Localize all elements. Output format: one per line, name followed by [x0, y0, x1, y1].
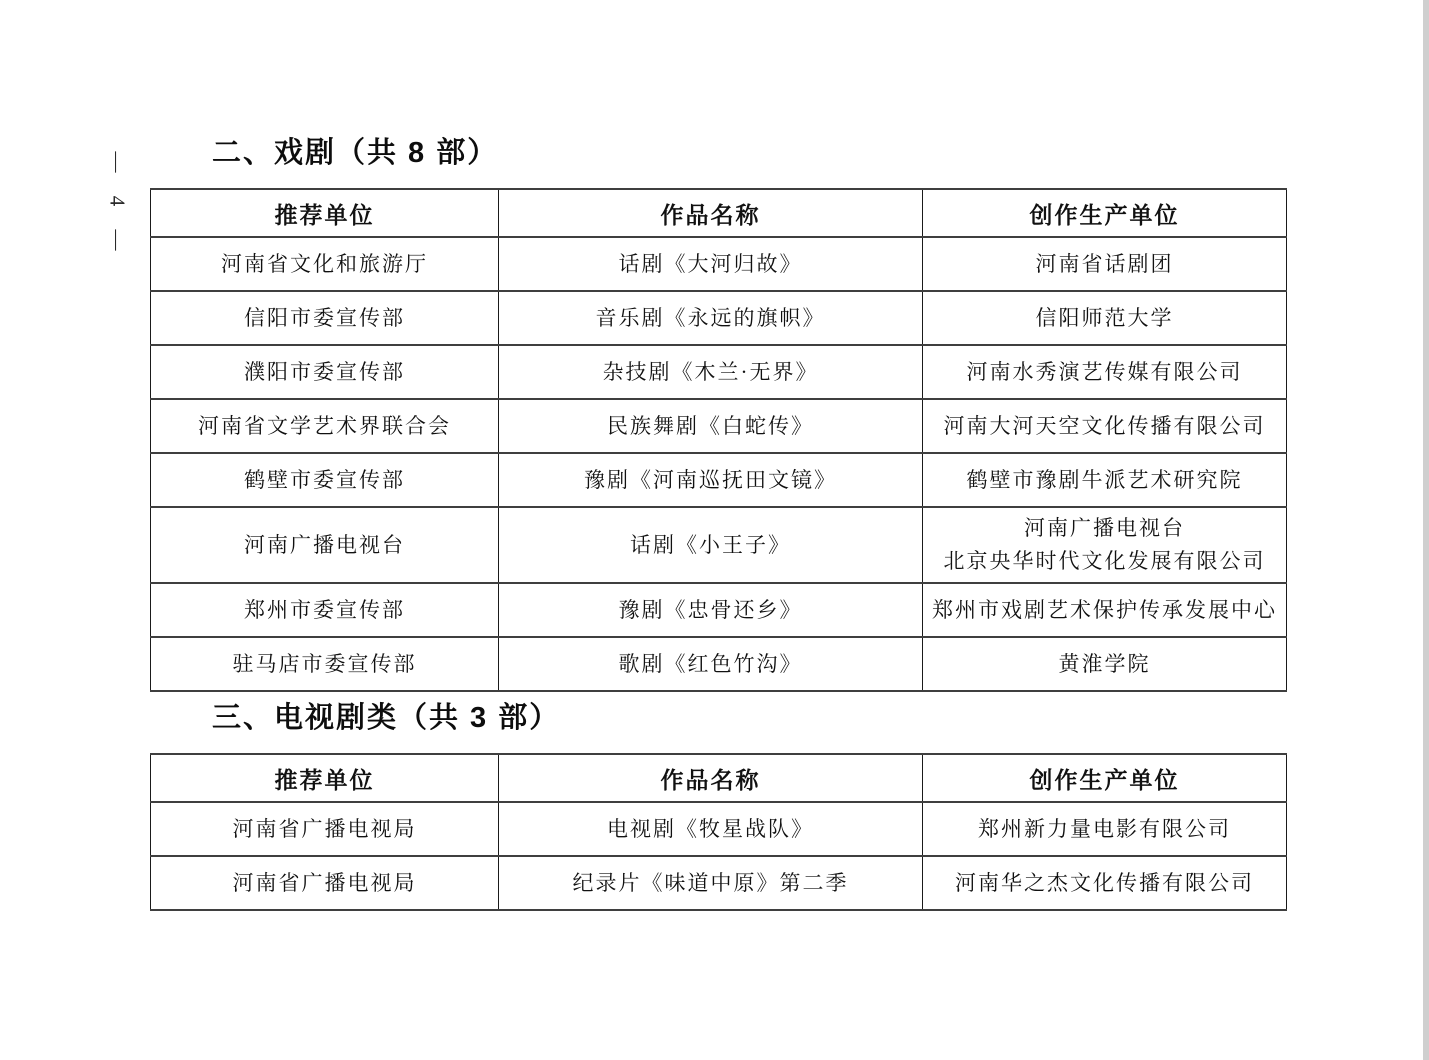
- tv-table: 推荐单位 作品名称 创作生产单位 河南省广播电视局 电视剧《牧星战队》 郑州新力…: [150, 753, 1287, 911]
- cell-work-title: 杂技剧《木兰·无界》: [499, 345, 923, 399]
- cell-producer: 郑州市戏剧艺术保护传承发展中心: [923, 583, 1287, 637]
- cell-recommender: 河南省广播电视局: [151, 802, 499, 856]
- table-row: 河南省文化和旅游厅 话剧《大河归故》 河南省话剧团: [151, 237, 1287, 291]
- cell-producer: 河南水秀演艺传媒有限公司: [923, 345, 1287, 399]
- cell-producer: 郑州新力量电影有限公司: [923, 802, 1287, 856]
- cell-work-title: 豫剧《河南巡抚田文镜》: [499, 453, 923, 507]
- cell-work-title: 音乐剧《永远的旗帜》: [499, 291, 923, 345]
- col-header-producer: 创作生产单位: [923, 189, 1287, 237]
- section-title-tv: 三、电视剧类（共 3 部）: [212, 695, 560, 736]
- table-row: 郑州市委宣传部 豫剧《忠骨还乡》 郑州市戏剧艺术保护传承发展中心: [151, 583, 1287, 637]
- cell-work-title: 话剧《小王子》: [499, 507, 923, 583]
- page-number: — 4 —: [86, 144, 148, 266]
- cell-work-title: 纪录片《味道中原》第二季: [499, 856, 923, 910]
- cell-producer: 河南华之杰文化传播有限公司: [923, 856, 1287, 910]
- cell-producer: 鹤壁市豫剧牛派艺术研究院: [923, 453, 1287, 507]
- table-row: 河南省广播电视局 电视剧《牧星战队》 郑州新力量电影有限公司: [151, 802, 1287, 856]
- cell-recommender: 河南省广播电视局: [151, 856, 499, 910]
- cell-recommender: 信阳市委宣传部: [151, 291, 499, 345]
- cell-recommender: 河南广播电视台: [151, 507, 499, 583]
- table-row: 河南省广播电视局 纪录片《味道中原》第二季 河南华之杰文化传播有限公司: [151, 856, 1287, 910]
- cell-producer: 信阳师范大学: [923, 291, 1287, 345]
- cell-recommender: 河南省文学艺术界联合会: [151, 399, 499, 453]
- table-row: 信阳市委宣传部 音乐剧《永远的旗帜》 信阳师范大学: [151, 291, 1287, 345]
- page-number-label: — 4 —: [105, 151, 130, 259]
- cell-work-title: 豫剧《忠骨还乡》: [499, 583, 923, 637]
- col-header-work-title: 作品名称: [499, 189, 923, 237]
- cell-recommender: 驻马店市委宣传部: [151, 637, 499, 691]
- cell-recommender: 濮阳市委宣传部: [151, 345, 499, 399]
- section-title-drama: 二、戏剧（共 8 部）: [212, 130, 498, 171]
- table-row: 驻马店市委宣传部 歌剧《红色竹沟》 黄淮学院: [151, 637, 1287, 691]
- table-row: 濮阳市委宣传部 杂技剧《木兰·无界》 河南水秀演艺传媒有限公司: [151, 345, 1287, 399]
- cell-producer: 河南大河天空文化传播有限公司: [923, 399, 1287, 453]
- col-header-recommender: 推荐单位: [151, 189, 499, 237]
- cell-producer: 黄淮学院: [923, 637, 1287, 691]
- cell-recommender: 郑州市委宣传部: [151, 583, 499, 637]
- page-edge: [1423, 0, 1429, 1060]
- cell-recommender: 鹤壁市委宣传部: [151, 453, 499, 507]
- table-header-row: 推荐单位 作品名称 创作生产单位: [151, 754, 1287, 802]
- table-row: 鹤壁市委宣传部 豫剧《河南巡抚田文镜》 鹤壁市豫剧牛派艺术研究院: [151, 453, 1287, 507]
- cell-work-title: 话剧《大河归故》: [499, 237, 923, 291]
- cell-recommender: 河南省文化和旅游厅: [151, 237, 499, 291]
- table-row: 河南广播电视台 话剧《小王子》 河南广播电视台 北京央华时代文化发展有限公司: [151, 507, 1287, 583]
- cell-work-title: 歌剧《红色竹沟》: [499, 637, 923, 691]
- table-header-row: 推荐单位 作品名称 创作生产单位: [151, 189, 1287, 237]
- col-header-recommender: 推荐单位: [151, 754, 499, 802]
- cell-work-title: 电视剧《牧星战队》: [499, 802, 923, 856]
- cell-producer: 河南省话剧团: [923, 237, 1287, 291]
- table-row: 河南省文学艺术界联合会 民族舞剧《白蛇传》 河南大河天空文化传播有限公司: [151, 399, 1287, 453]
- col-header-work-title: 作品名称: [499, 754, 923, 802]
- cell-producer: 河南广播电视台 北京央华时代文化发展有限公司: [923, 507, 1287, 583]
- col-header-producer: 创作生产单位: [923, 754, 1287, 802]
- drama-table: 推荐单位 作品名称 创作生产单位 河南省文化和旅游厅 话剧《大河归故》 河南省话…: [150, 188, 1287, 692]
- cell-work-title: 民族舞剧《白蛇传》: [499, 399, 923, 453]
